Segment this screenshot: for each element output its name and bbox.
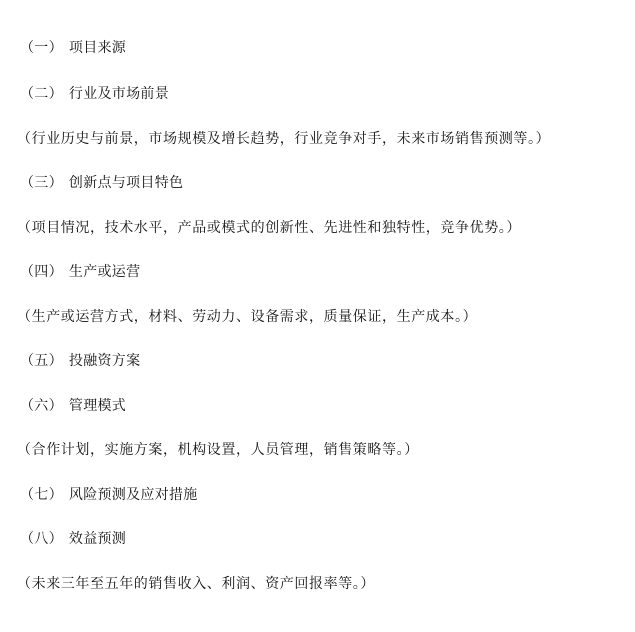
section-title: 效益预测	[69, 531, 126, 547]
section-title: 管理模式	[69, 398, 126, 414]
section-heading-3: （三）创新点与项目特色	[20, 174, 183, 192]
section-title: 创新点与项目特色	[69, 175, 183, 191]
section-heading-1: （一）项目来源	[20, 39, 126, 57]
section-number: （三）	[20, 175, 63, 191]
section-note-3: （项目情况，技术水平，产品或模式的创新性、先进性和独特性，竞争优势。）	[17, 219, 521, 237]
section-title: 行业及市场前景	[69, 86, 169, 102]
section-note-2: （行业历史与前景，市场规模及增长趋势，行业竞争对手，未来市场销售预测等。）	[17, 130, 550, 148]
section-title: 项目来源	[69, 40, 126, 56]
section-number: （四）	[20, 264, 63, 280]
section-note-4: （生产或运营方式，材料、劳动力、设备需求，质量保证，生产成本。）	[17, 308, 477, 326]
section-title: 生产或运营	[69, 264, 141, 280]
section-title: 风险预测及应对措施	[69, 487, 198, 503]
document-page: （一）项目来源 （二）行业及市场前景 （行业历史与前景，市场规模及增长趋势，行业…	[0, 0, 635, 632]
section-heading-7: （七）风险预测及应对措施	[20, 486, 198, 504]
section-title: 投融资方案	[69, 353, 141, 369]
section-note-6: （合作计划，实施方案，机构设置，人员管理，销售策略等。）	[17, 441, 419, 459]
section-number: （五）	[20, 353, 63, 369]
section-note-8: （未来三年至五年的销售收入、利润、资产回报率等。）	[17, 575, 375, 593]
section-number: （八）	[20, 531, 63, 547]
section-heading-6: （六）管理模式	[20, 397, 126, 415]
section-heading-4: （四）生产或运营	[20, 263, 140, 281]
section-number: （一）	[20, 40, 63, 56]
section-heading-2: （二）行业及市场前景	[20, 85, 169, 103]
section-heading-8: （八）效益预测	[20, 530, 126, 548]
section-heading-5: （五）投融资方案	[20, 352, 140, 370]
section-number: （六）	[20, 398, 63, 414]
section-number: （二）	[20, 86, 63, 102]
section-number: （七）	[20, 487, 63, 503]
